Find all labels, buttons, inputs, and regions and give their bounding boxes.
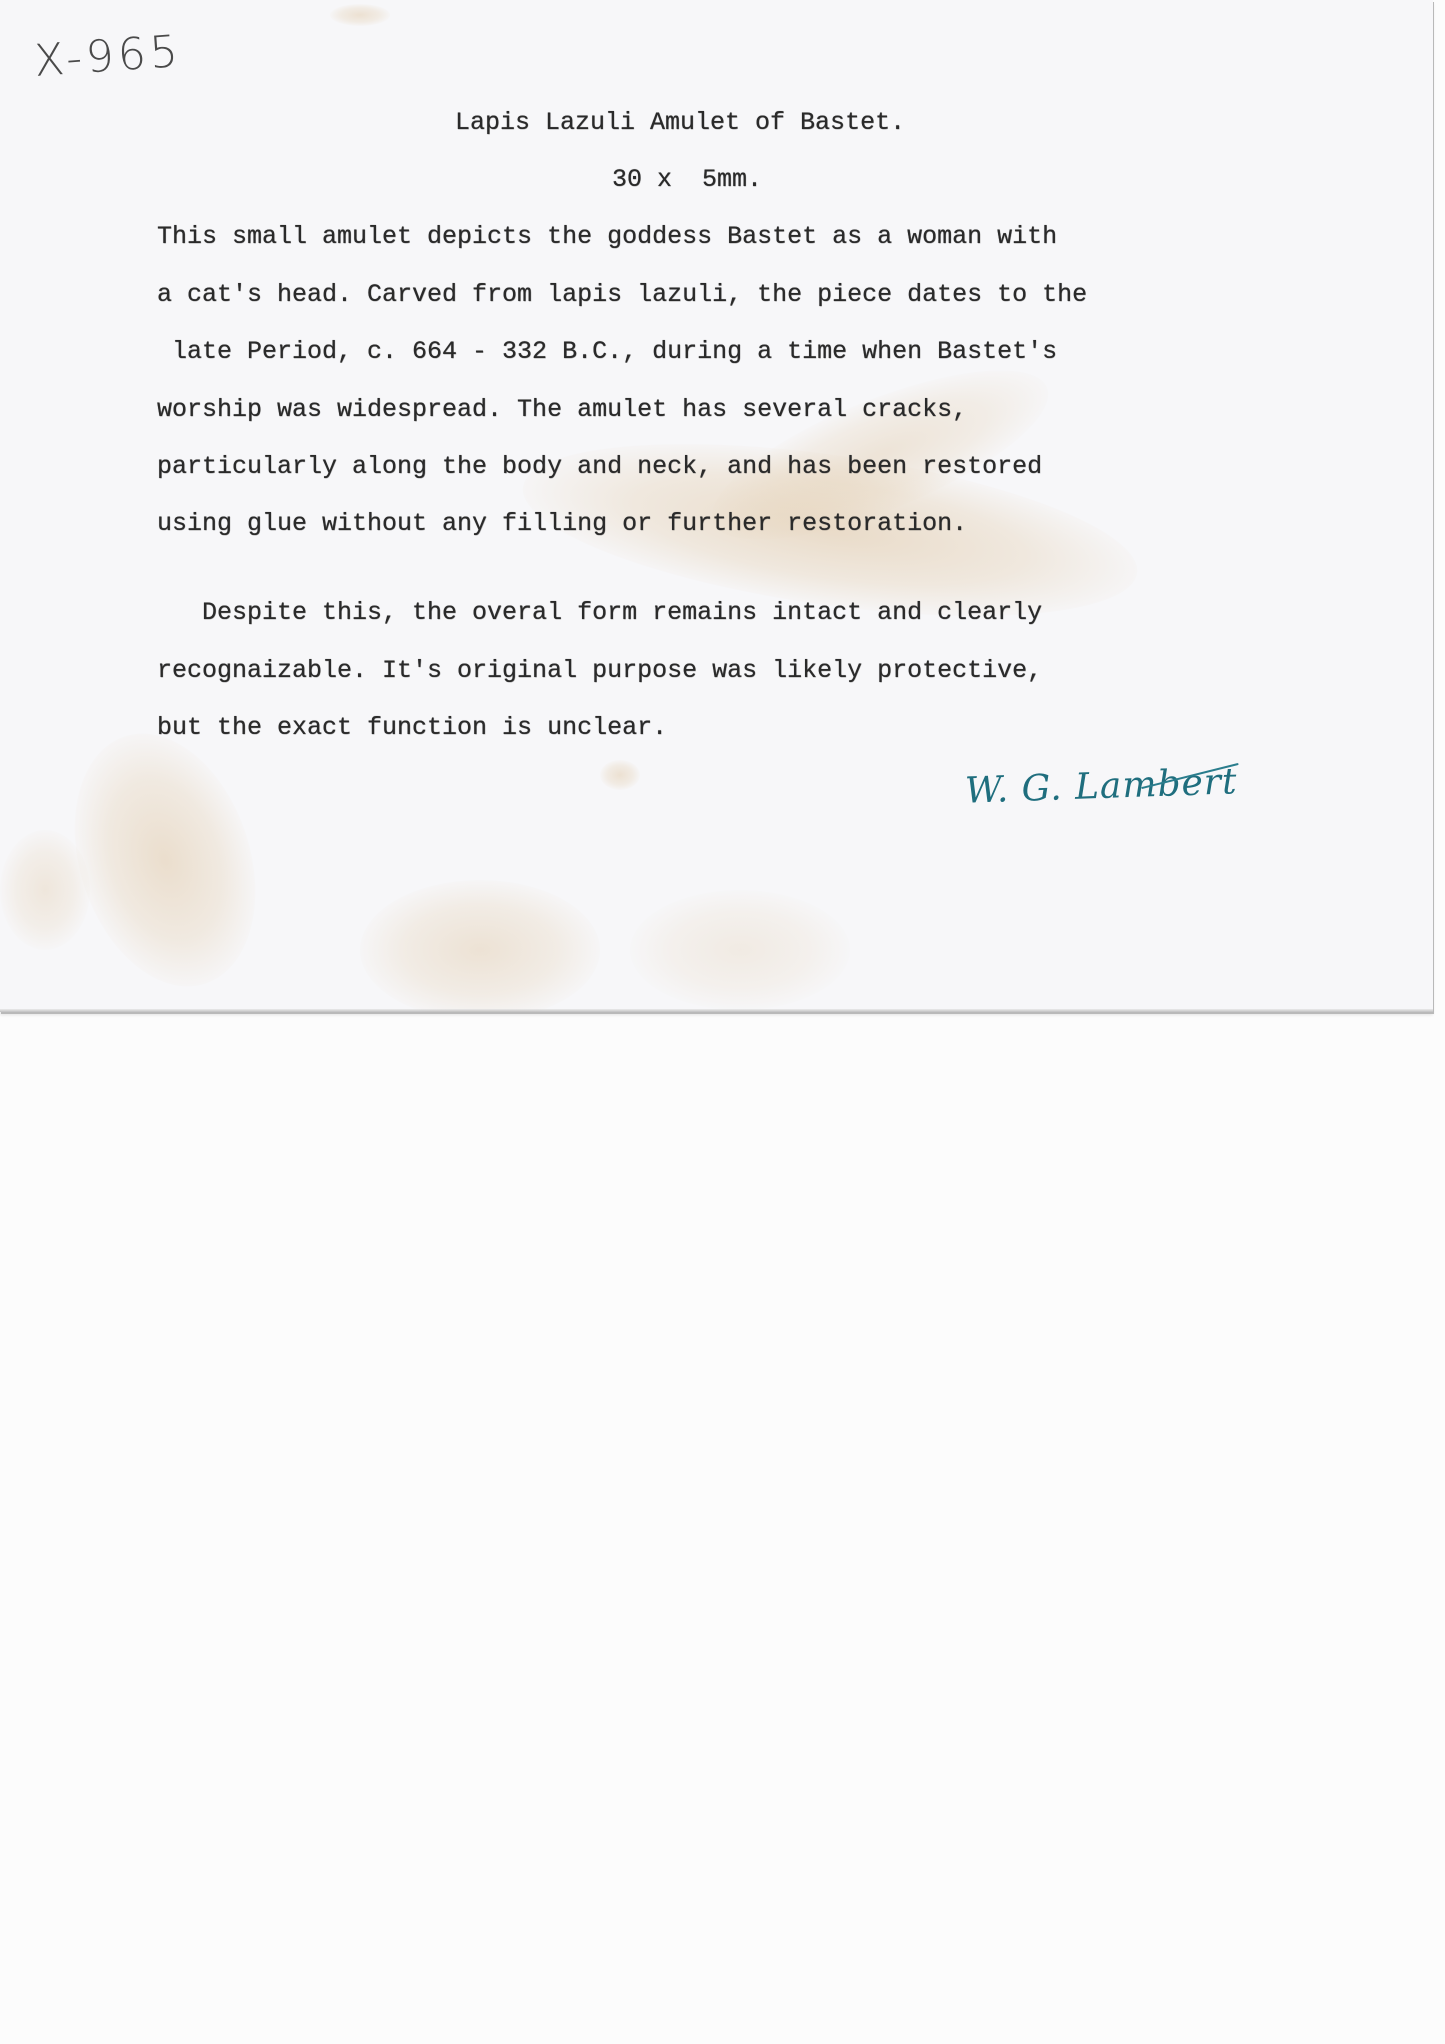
reference-number: X-965	[32, 26, 183, 87]
coffee-stain	[0, 830, 90, 950]
body-line: recognaizable. It's original purpose was…	[157, 656, 1042, 685]
dimensions: 30 x 5mm.	[612, 165, 762, 194]
body-line: This small amulet depicts the goddess Ba…	[157, 222, 1057, 251]
paper-sheet: X-965 Lapis Lazuli Amulet of Bastet. 30 …	[0, 0, 1433, 1012]
body-line: using glue without any filling or furthe…	[157, 509, 967, 538]
coffee-stain	[600, 760, 640, 790]
coffee-stain	[630, 890, 850, 1010]
body-line: particularly along the body and neck, an…	[157, 452, 1042, 481]
signature: W. G. Lambert	[964, 761, 1238, 811]
body-line: but the exact function is unclear.	[157, 713, 667, 742]
body-line: a cat's head. Carved from lapis lazuli, …	[157, 280, 1087, 309]
body-line: worship was widespread. The amulet has s…	[157, 395, 967, 424]
coffee-stain	[330, 4, 390, 26]
coffee-stain	[360, 880, 600, 1012]
document-title: Lapis Lazuli Amulet of Bastet.	[455, 108, 995, 137]
body-line: Despite this, the overal form remains in…	[157, 598, 1042, 627]
body-line: late Period, c. 664 - 332 B.C., during a…	[157, 337, 1057, 366]
coffee-stain	[44, 710, 286, 1010]
